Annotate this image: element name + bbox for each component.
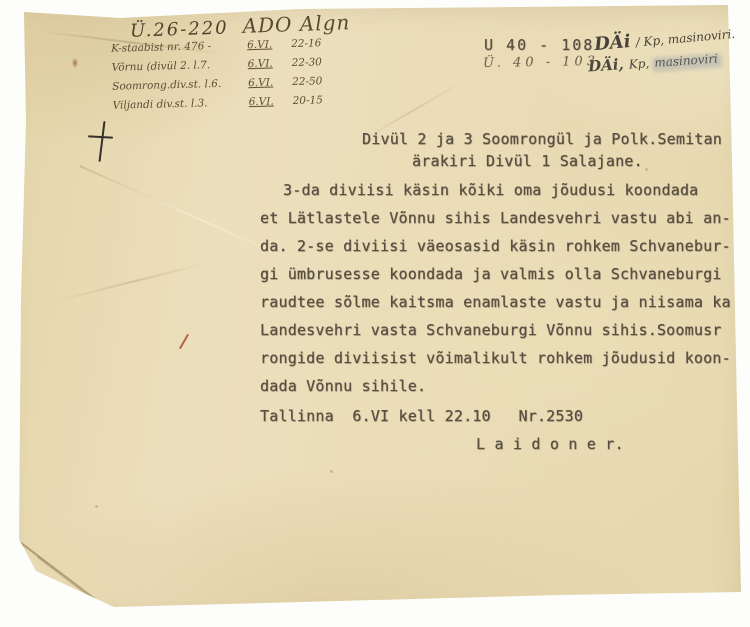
paper-stain — [72, 58, 78, 68]
ink-smudge-word: masinoviri — [654, 51, 719, 69]
entry-time: 22-16 — [291, 37, 322, 57]
clerk-initials: DÄi — [593, 31, 631, 55]
signature: L a i d o n e r. — [476, 434, 738, 462]
register-entries: K-staabist nr. 476 - 6.VI. 22-16 Võrnu (… — [111, 37, 323, 118]
entry-date: 6.VI. — [247, 57, 283, 77]
entry-date: 6.VI. — [247, 38, 283, 58]
addressee-line: Divül 2 ja 3 Soomrongül ja Polk.Semitan — [362, 129, 738, 151]
entry-date: 6.VI. — [248, 76, 284, 96]
paper-speck — [95, 505, 98, 508]
body-line: 3-da diviisi käsin kõiki oma jõudusi koo… — [283, 180, 738, 208]
paper-speck — [330, 470, 333, 473]
dateline: Tallinna 6.VI kell 22.10 Nr.2530 — [260, 406, 738, 434]
entry-date: 6.VI. — [248, 95, 284, 115]
file-number-typed: U 40 - 108 — [484, 36, 594, 54]
registrar-initials: ADO Algn — [242, 10, 351, 38]
entry-source: Viljandi div.st. l.3. — [113, 96, 241, 118]
entry-time: 22-50 — [292, 75, 323, 95]
clerk-note-text: Kp, — [628, 56, 649, 71]
body-line: gi ümbrusesse koondada ja valmis olla Sc… — [260, 264, 738, 292]
clerk-initials: DÄi, — [588, 55, 625, 75]
body-line: raudtee sõlme kaitsma enamlaste vastu ja… — [260, 292, 738, 320]
folded-corner-crease — [37, 556, 103, 607]
body-line: da. 2-se diviisi väeosasid käsin rohkem … — [260, 236, 738, 264]
body-line: rongide diviisist võimalikult rohkem jõu… — [260, 348, 738, 376]
scanned-document: Ü.26-220ADO Algn K-staabist nr. 476 - 6.… — [0, 0, 750, 627]
body-line: dada Võnnu sihile. — [260, 376, 738, 404]
folded-corner — [19, 541, 110, 610]
order-text: Divül 2 ja 3 Soomrongül ja Polk.Semitan … — [260, 129, 738, 462]
paper-crease — [55, 261, 211, 302]
body-line: Landesvehri vasta Schvaneburgi Võnnu sih… — [260, 320, 738, 348]
entry-time: 22-30 — [291, 56, 322, 76]
register-number: Ü.26-220 — [130, 17, 229, 41]
file-number-handwritten: Ü. 40 - 103 — [483, 54, 599, 71]
body-line: et Lätlastele Võnnu sihis Landesvehri va… — [260, 208, 738, 236]
classification-line: ärakiri Divül 1 Salajane. — [412, 151, 738, 173]
entry-time: 20-15 — [292, 94, 323, 114]
